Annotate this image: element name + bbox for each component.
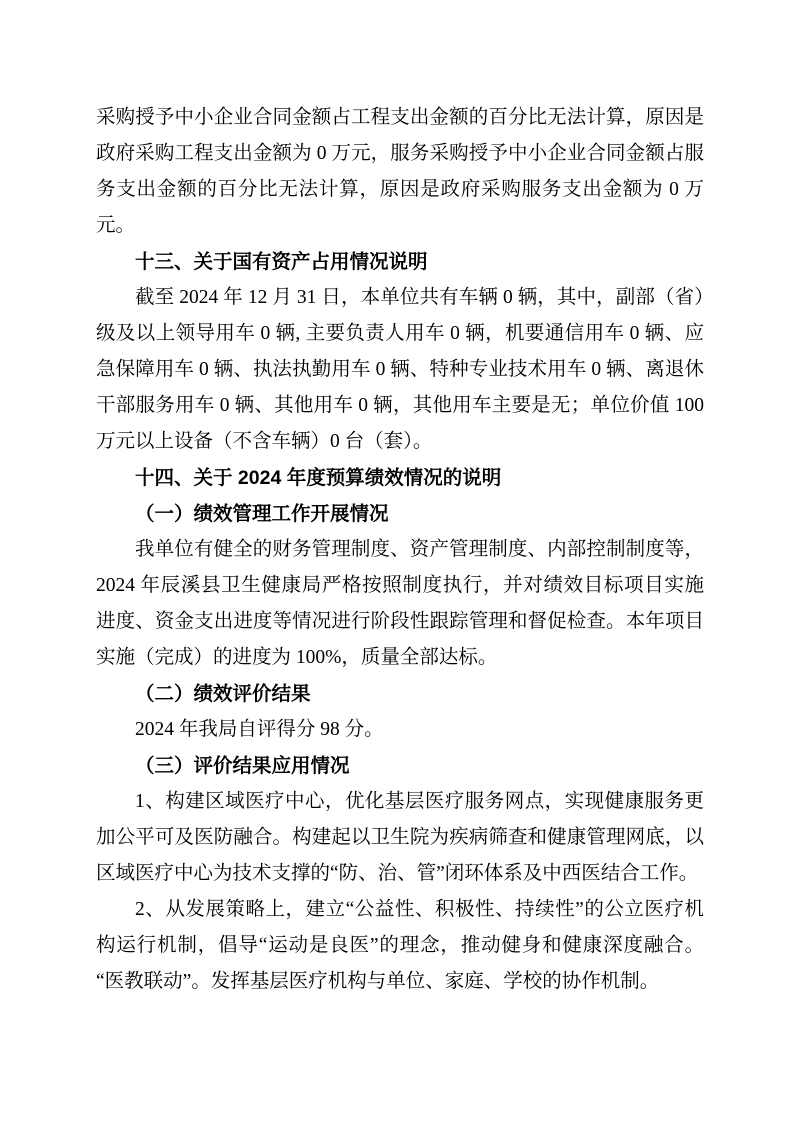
section-heading-14-budget-performance: 十四、关于 2024 年度预算绩效情况的说明 [96,460,704,496]
document-page: 采购授予中小企业合同金额占工程支出金额的百分比无法计算，原因是政府采购工程支出金… [0,0,793,1122]
section-heading-13-state-assets: 十三、关于国有资产占用情况说明 [96,244,704,280]
paragraph-application-item-1: 1、构建区域医疗中心，优化基层医疗服务网点，实现健康服务更加公平可及医防融合。构… [96,784,704,892]
subheading-3-result-application: （三）评价结果应用情况 [96,748,704,784]
paragraph-vehicles-equipment: 截至 2024 年 12 月 31 日，本单位共有车辆 0 辆，其中，副部（省）… [96,280,704,460]
subheading-1-performance-management: （一）绩效管理工作开展情况 [96,496,704,532]
paragraph-procurement-continued: 采购授予中小企业合同金额占工程支出金额的百分比无法计算，原因是政府采购工程支出金… [96,100,704,244]
paragraph-performance-management: 我单位有健全的财务管理制度、资产管理制度、内部控制制度等，2024 年辰溪县卫生… [96,532,704,676]
paragraph-self-evaluation-score: 2024 年我局自评得分 98 分。 [96,712,704,748]
subheading-2-evaluation-result: （二）绩效评价结果 [96,676,704,712]
paragraph-application-item-2: 2、从发展策略上，建立“公益性、积极性、持续性”的公立医疗机构运行机制，倡导“运… [96,892,704,1000]
